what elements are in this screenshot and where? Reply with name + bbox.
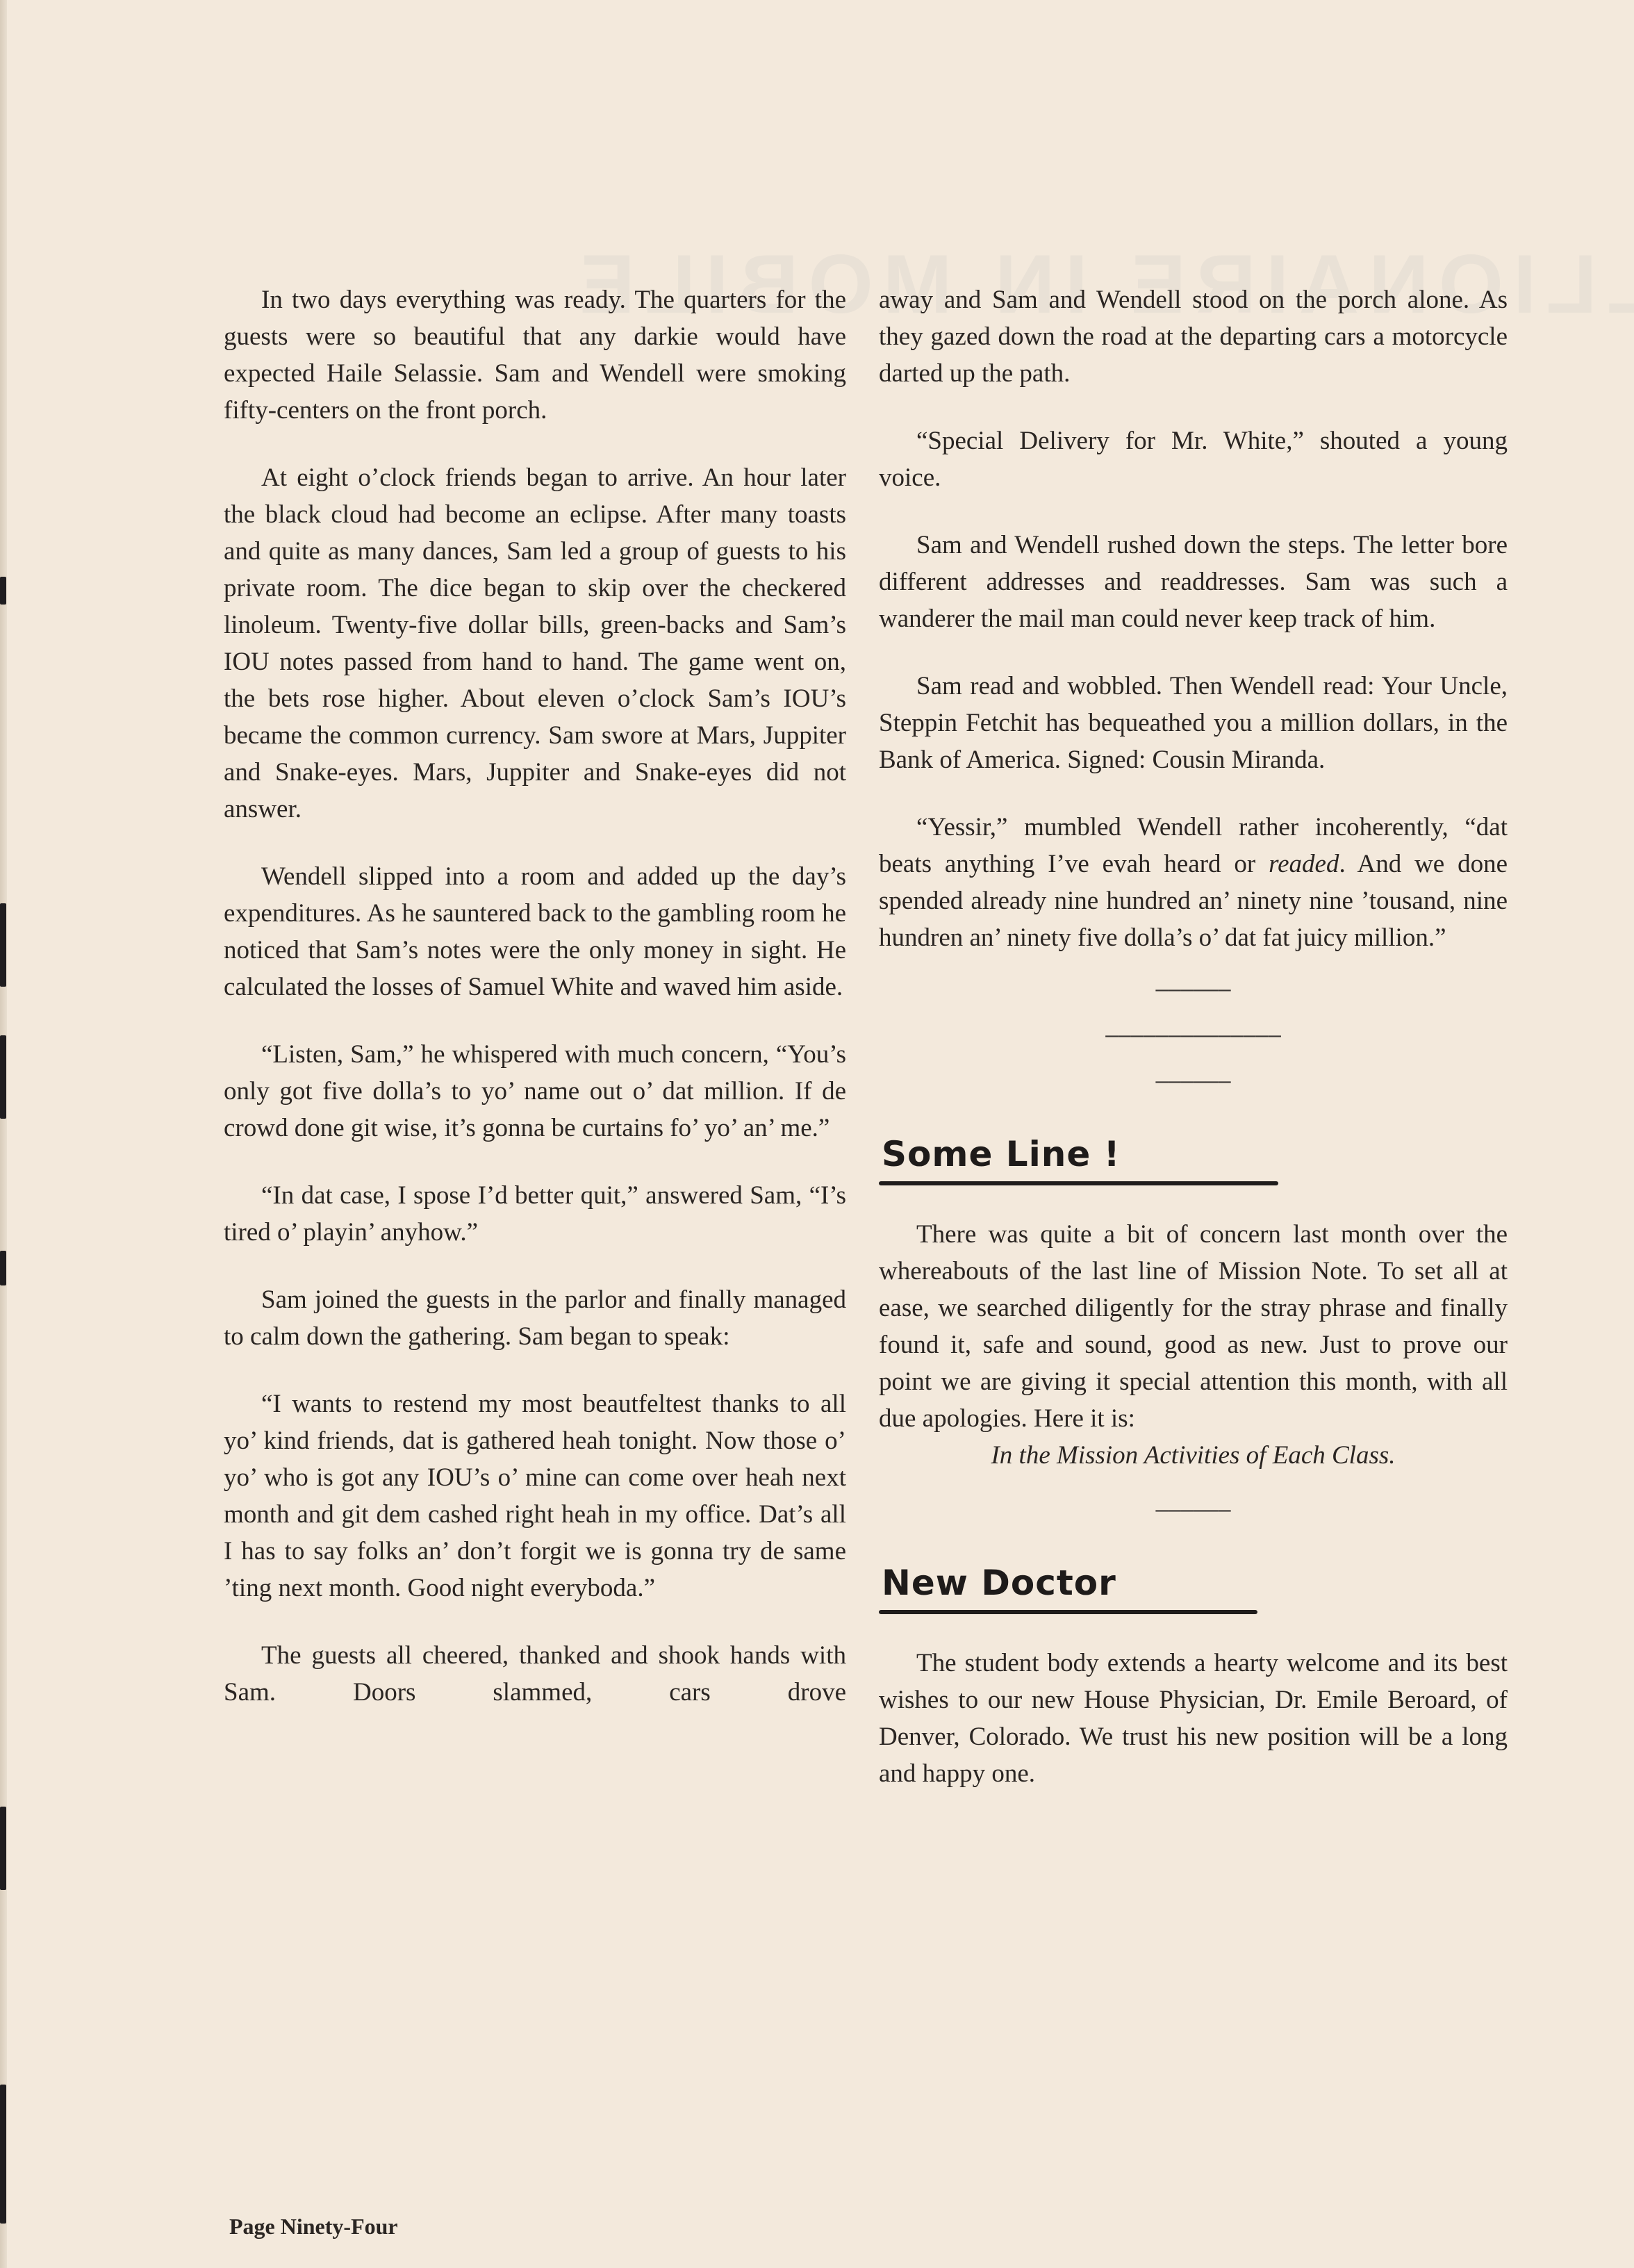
binding-mark bbox=[0, 903, 6, 987]
binding-mark bbox=[0, 1251, 6, 1285]
story-paragraph-continued: away and Sam and Wendell stood on the po… bbox=[879, 281, 1508, 392]
story-paragraph: Sam and Wendell rushed down the steps. T… bbox=[879, 527, 1508, 637]
page-binding-edge bbox=[0, 0, 7, 2268]
final-text-italic: readed bbox=[1269, 850, 1339, 878]
story-paragraph: Sam read and wobbled. Then Wendell read:… bbox=[879, 668, 1508, 778]
section-body: The student body extends a hearty welcom… bbox=[879, 1645, 1508, 1792]
story-paragraph: “I wants to restend my most beautfeltest… bbox=[224, 1386, 846, 1606]
separator-long: —————————————— bbox=[879, 1026, 1508, 1046]
right-column: away and Sam and Wendell stood on the po… bbox=[879, 281, 1508, 1823]
separator-short: —————— bbox=[879, 980, 1508, 1001]
story-paragraph: In two days everything was ready. The qu… bbox=[224, 281, 846, 429]
binding-mark bbox=[0, 1035, 6, 1119]
story-paragraph: “Special Delivery for Mr. White,” shoute… bbox=[879, 422, 1508, 496]
section-heading: New Doctor bbox=[879, 1563, 1116, 1609]
section-some-line: Some Line ! bbox=[879, 1134, 1278, 1185]
page-number: Page Ninety-Four bbox=[229, 2214, 398, 2240]
story-final-paragraph: “Yessir,” mumbled Wendell rather incoher… bbox=[879, 809, 1508, 956]
story-paragraph: The guests all cheered, thanked and shoo… bbox=[224, 1637, 846, 1711]
section-body: There was quite a bit of concern last mo… bbox=[879, 1216, 1508, 1437]
heading-underline bbox=[879, 1181, 1278, 1185]
story-paragraph: “In dat case, I spose I’d better quit,” … bbox=[224, 1177, 846, 1251]
section-new-doctor: New Doctor bbox=[879, 1563, 1257, 1614]
story-paragraph: “Listen, Sam,” he whispered with much co… bbox=[224, 1036, 846, 1147]
story-paragraph: Sam joined the guests in the parlor and … bbox=[224, 1281, 846, 1355]
story-paragraph: At eight o’clock friends began to arrive… bbox=[224, 459, 846, 828]
separator-short: —————— bbox=[879, 1500, 1508, 1521]
binding-mark bbox=[0, 1807, 6, 1890]
story-paragraph: Wendell slipped into a room and added up… bbox=[224, 858, 846, 1005]
recovered-line-quote: In the Mission Activities of Each Class. bbox=[879, 1437, 1508, 1474]
left-column: In two days everything was ready. The qu… bbox=[224, 281, 846, 1741]
binding-mark bbox=[0, 2085, 6, 2224]
binding-mark bbox=[0, 577, 6, 605]
heading-underline bbox=[879, 1610, 1257, 1614]
separator-short: —————— bbox=[879, 1071, 1508, 1092]
section-heading: Some Line ! bbox=[879, 1134, 1121, 1180]
